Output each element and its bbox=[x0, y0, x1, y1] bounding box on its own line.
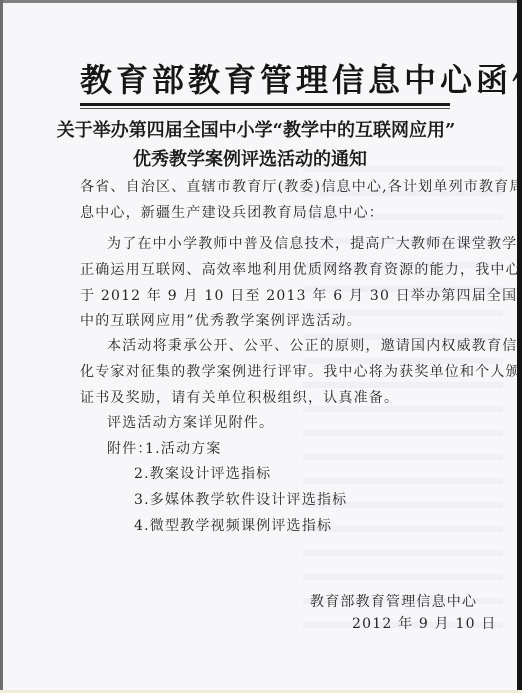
signature-date: 2012 年 9 月 10 日 bbox=[352, 614, 497, 634]
masthead-rule-thin bbox=[80, 108, 450, 109]
signature-organization: 教育部教育管理信息中心 bbox=[310, 592, 477, 612]
attachment-item-2: 2.教案设计评选指标 bbox=[134, 464, 271, 484]
paragraph1-line-3: 于 2012 年 9 月 10 日至 2013 年 6 月 30 日举办第四届全… bbox=[80, 286, 517, 306]
paragraph2-line-1: 本活动将秉承公开、公平、公正的原则，邀请国内权威教育信息 bbox=[107, 336, 517, 356]
masthead-rule-thick bbox=[80, 103, 450, 106]
paragraph2-line-2: 化专家对征集的教学案例进行评审。我中心将为获奖单位和个人颁发 bbox=[80, 362, 517, 382]
attachment-item-4: 4.微型教学视频课例评选指标 bbox=[134, 516, 332, 536]
paragraph1-line-2: 正确运用互联网、高效率地利用优质网络教育资源的能力，我中心定 bbox=[80, 260, 517, 280]
paragraph1-line-1: 为了在中小学教师中普及信息技术，提高广大教师在课堂教学中 bbox=[107, 234, 517, 254]
attachment-item-1: 1.活动方案 bbox=[145, 439, 222, 459]
notice-title-line-2: 优秀教学案例评选活动的通知 bbox=[3, 148, 507, 172]
paragraph2-line-3: 证书及奖励，请有关单位积极组织，认真准备。 bbox=[80, 388, 399, 408]
paragraph1-line-4: 中的互联网应用”优秀教学案例评选活动。 bbox=[80, 311, 362, 331]
masthead-title: 教育部教育管理信息中心函件 bbox=[80, 60, 456, 100]
window-frame-right bbox=[517, 0, 522, 693]
notice-title-line-1: 关于举办第四届全国中小学“教学中的互联网应用” bbox=[3, 119, 513, 143]
document-page: 教育部教育管理信息中心函件 关于举办第四届全国中小学“教学中的互联网应用” 优秀… bbox=[3, 3, 517, 690]
salutation-line-1: 各省、自治区、直辖市教育厅(教委)信息中心,各计划单列市教育局信 bbox=[80, 177, 517, 197]
attachment-item-3: 3.多媒体教学软件设计评选指标 bbox=[134, 490, 347, 510]
paragraph3: 评选活动方案详见附件。 bbox=[107, 413, 274, 433]
salutation-line-2: 息中心，新疆生产建设兵团教育局信息中心： bbox=[80, 203, 384, 223]
